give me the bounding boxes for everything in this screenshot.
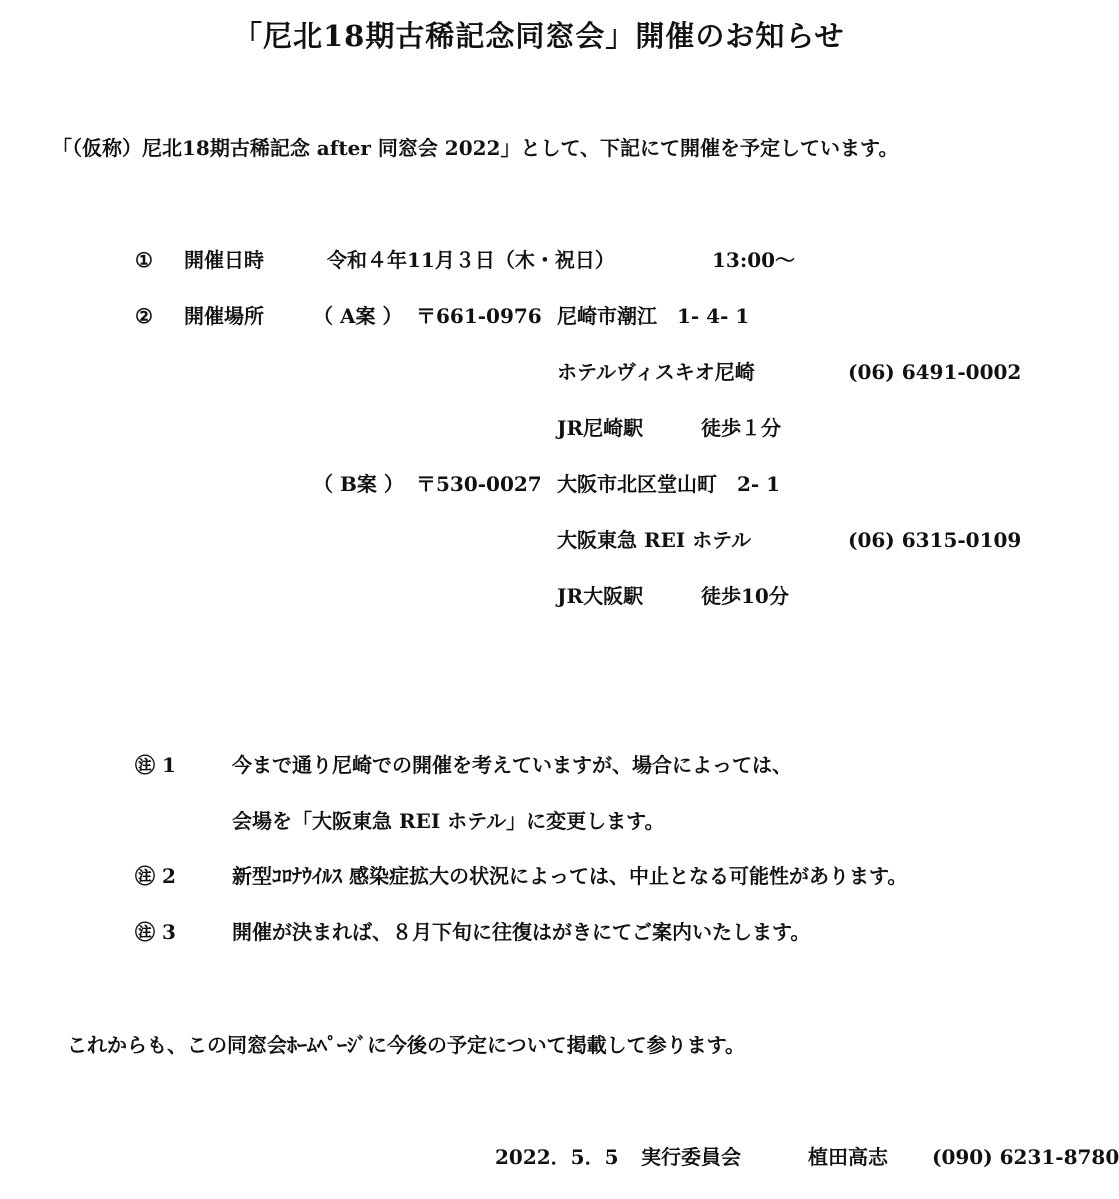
- note-text: 開催が決まれば、８月下旬に往復はがきにてご案内いたします。: [232, 922, 810, 942]
- lead-paragraph: 「（仮称）尼北18期古稀記念 after 同窓会 2022」として、下記にて開催…: [52, 138, 898, 158]
- venue-station: JR大阪駅: [557, 586, 643, 606]
- venue-address: 大阪市北区堂山町 2- 1: [557, 474, 780, 494]
- venue-phone: (06) 6491-0002: [848, 362, 1021, 382]
- item-marker: ②: [135, 306, 153, 326]
- note-marker: ㊟ 1: [135, 755, 176, 775]
- note-text: 今まで通り尼崎での開催を考えていますが、場合によっては、: [232, 755, 792, 775]
- venue-station: JR尼崎駅: [557, 418, 643, 438]
- venue-plan-label: （ B案 ）: [313, 474, 404, 494]
- page-title: 「尼北18期古稀記念同窓会」開催のお知らせ: [233, 22, 845, 51]
- venue-postal-code: 〒530-0027: [416, 474, 542, 494]
- venue-walk-time: 徒歩10分: [701, 586, 789, 606]
- venue-postal-code: 〒661-0976: [416, 306, 542, 326]
- note-text: 会場を「大阪東急 REI ホテル」に変更します。: [232, 811, 665, 831]
- venue-phone: (06) 6315-0109: [848, 530, 1021, 550]
- event-time: 13:00～: [712, 250, 795, 270]
- venue-walk-time: 徒歩１分: [701, 418, 781, 438]
- note-marker: ㊟ 3: [135, 922, 176, 942]
- venue-hotel-name: ホテルヴィスキオ尼崎: [557, 362, 755, 382]
- footer-date: 2022．5．5: [495, 1147, 619, 1167]
- event-date: 令和４年11月３日（木・祝日）: [327, 250, 615, 270]
- footer-committee: 実行委員会: [641, 1147, 741, 1167]
- venue-address: 尼崎市潮江 1- 4- 1: [557, 306, 749, 326]
- item-marker: ①: [135, 250, 153, 270]
- note-text: 新型ｺﾛﾅｳｲﾙｽ 感染症拡大の状況によっては、中止となる可能性があります。: [232, 866, 907, 886]
- closing-paragraph: これからも、この同窓会ﾎｰﾑﾍﾟｰｼﾞに今後の予定について掲載して参ります。: [67, 1035, 745, 1055]
- venue-plan-label: （ A案 ）: [313, 306, 402, 326]
- footer-name: 植田高志: [808, 1147, 888, 1167]
- footer-phone: (090) 6231-8780: [932, 1147, 1119, 1167]
- note-marker: ㊟ 2: [135, 866, 176, 886]
- item-label: 開催場所: [184, 306, 264, 326]
- item-label: 開催日時: [184, 250, 264, 270]
- venue-hotel-name: 大阪東急 REI ホテル: [557, 530, 751, 550]
